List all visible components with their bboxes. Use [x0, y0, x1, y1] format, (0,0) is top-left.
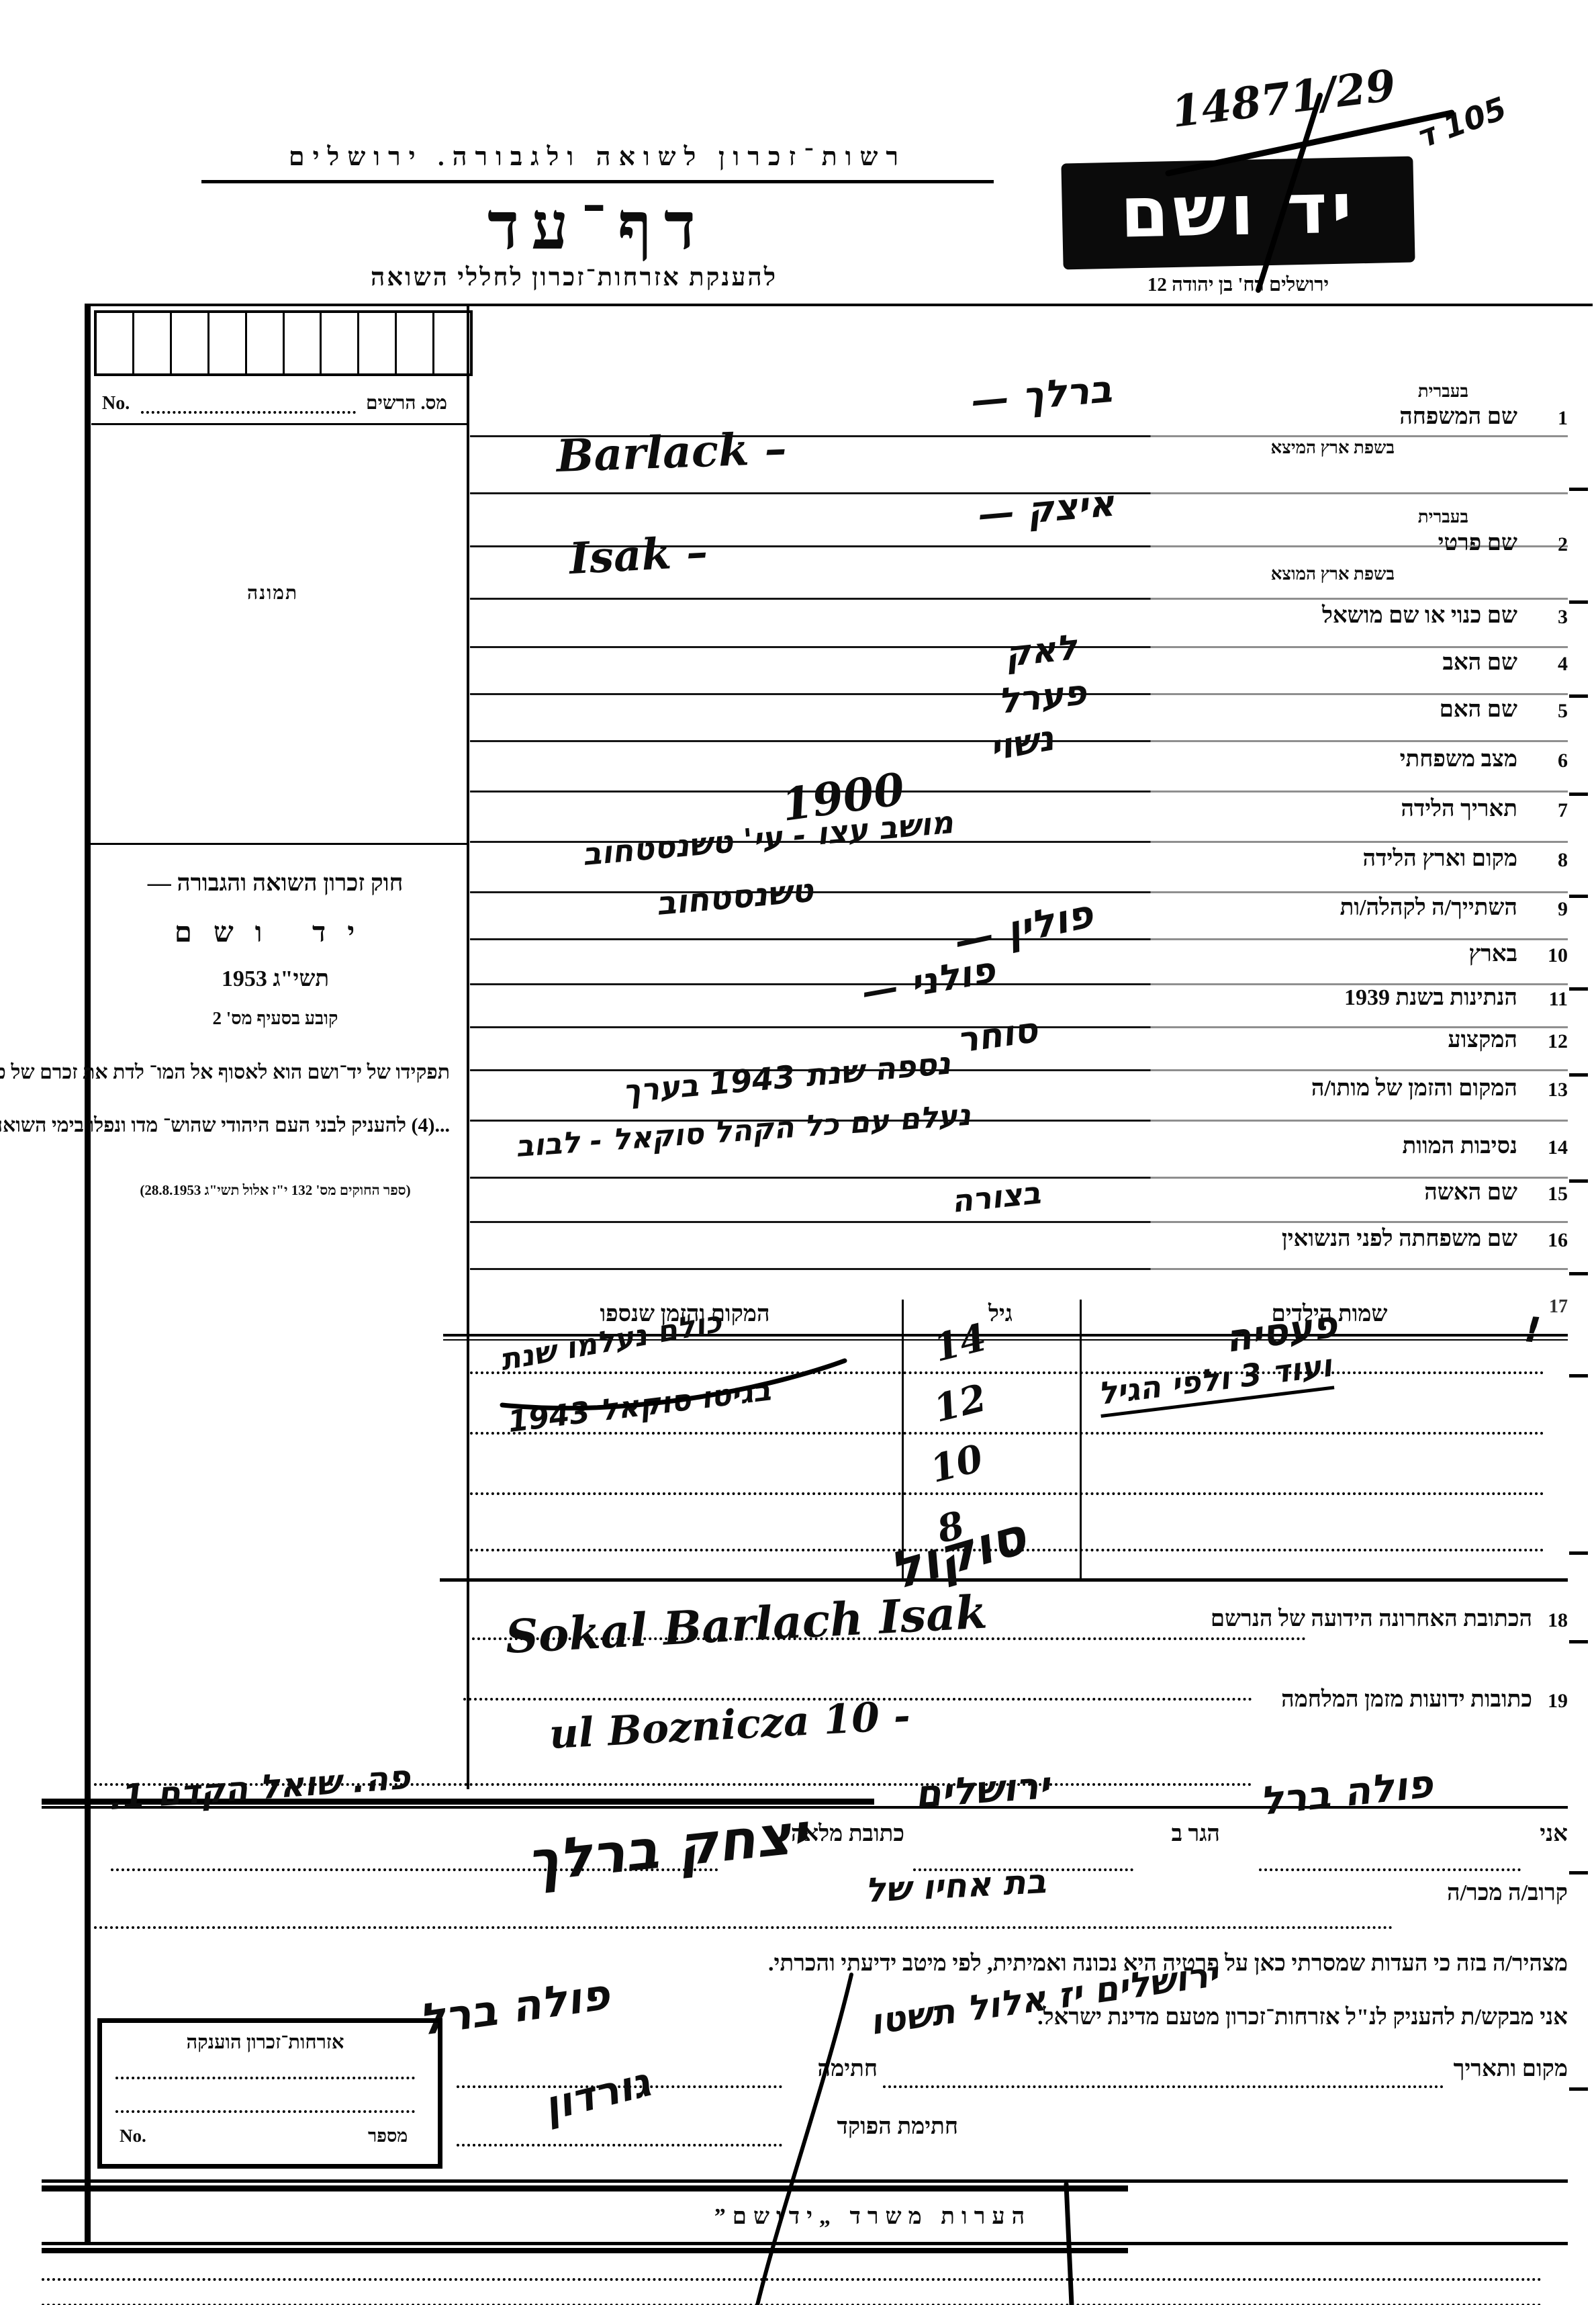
edge-tick [1569, 488, 1588, 491]
field-7-label: תאריך הלידה [1401, 797, 1517, 822]
resides-value: ירושלים [913, 1764, 1051, 1817]
law-paragraph-1: תפקידו של יד־ושם הוא לאסוף אל המו־ לדת א… [101, 1057, 450, 1087]
edge-tick [1569, 1179, 1588, 1183]
index-box [357, 313, 395, 373]
grant-box-number-label: מספר [368, 2126, 408, 2146]
field-2-sublabel-bottom: בשפת ארץ המוצא [1271, 564, 1395, 584]
field-6-number: 6 [1558, 750, 1568, 772]
field-10-label: בארץ [1468, 942, 1517, 967]
field-5-value: פערל [996, 673, 1088, 722]
field-8-value: מושב עצו - עי' טשנסטחוב [581, 804, 955, 872]
field-5-label: שם האם [1440, 697, 1517, 723]
field-2-value-hebrew: איצק — [977, 482, 1117, 536]
field-2-value-latin: Isak – [568, 527, 709, 584]
relation-label: קרוב/ה מכר/ה [1447, 1881, 1568, 1906]
org-name: רשות־זכרון לשואה ולגבורה. ירושלים [201, 142, 994, 183]
field-1-sublabel-top: בעברית [1418, 381, 1468, 402]
rule [470, 598, 1568, 600]
field-2-sublabel-top: בעברית [1418, 507, 1468, 527]
registry-number-label: מס. הרשים [366, 393, 447, 414]
form-subtitle: להענקת אזרחות־זכרון לחללי השואה [309, 263, 839, 292]
table-divider [1080, 1300, 1082, 1580]
footer-rule [42, 2242, 1568, 2245]
testimony-page: רשות־זכרון לשואה ולגבורה. ירושלים דף־עד … [0, 0, 1596, 2305]
field-19-label: כתובות ידועות מזמן המלחמה [1281, 1687, 1532, 1713]
signature-value: פולה ברל [416, 1970, 613, 2046]
rule [440, 1578, 1568, 1582]
field-18-number: 18 [1548, 1609, 1568, 1632]
blank-line [115, 2110, 415, 2113]
field-18-label: הכתובת האחרונה הידועה של הנרשם [1211, 1607, 1532, 1632]
index-box [283, 313, 320, 373]
photo-placeholder-label: תמונה [247, 583, 298, 604]
table-row-line [470, 1432, 1544, 1435]
blank-line [94, 1926, 1393, 1929]
field-6-label: מצב משפחתי [1400, 747, 1517, 772]
field-11-label: הנתינות בשנת 1939 [1344, 985, 1517, 1011]
field-17-number: 17 [1549, 1296, 1568, 1318]
stamp-address: ירושלים רח' בן יהודה 12 [1062, 274, 1414, 296]
rule [470, 790, 1568, 793]
field-11-number: 11 [1549, 988, 1568, 1011]
field-7-number: 7 [1558, 799, 1568, 822]
child-3-age: 10 [926, 1436, 988, 1492]
signature-label: חתימה [818, 2057, 878, 2082]
index-boxes [94, 310, 473, 376]
law-name: יד ושם [101, 917, 450, 949]
edge-tick [1569, 600, 1588, 604]
field-1-number: 1 [1558, 407, 1568, 430]
edge-tick [1569, 793, 1588, 796]
field-9-number: 9 [1558, 898, 1568, 921]
field-1-sublabel-bottom: בשפת ארץ המיצא [1271, 438, 1395, 458]
field-11-value: פולני — [859, 948, 998, 1013]
index-box [207, 313, 245, 373]
official-signature-label: חתימת הפוקד [837, 2114, 958, 2140]
field-14-label: נסיבות המוות [1403, 1134, 1517, 1159]
field-13-label: המקום והזמן של מותו/ה [1311, 1076, 1517, 1101]
field-8-number: 8 [1558, 849, 1568, 872]
yad-vashem-stamp: יד ושם [1061, 156, 1415, 270]
field-1-label: שם המשפחה [1399, 404, 1517, 430]
declarant-label: אני [1540, 1821, 1568, 1847]
office-notes-label: הערות משרד „ידושם” [470, 2204, 1276, 2230]
stray-mark: ! [1523, 1310, 1542, 1351]
rule [91, 423, 467, 425]
column-divider [467, 304, 469, 1789]
field-13-number: 13 [1548, 1079, 1568, 1101]
field-19-number: 19 [1548, 1690, 1568, 1713]
field-3-number: 3 [1558, 606, 1568, 629]
index-box [395, 313, 432, 373]
field-8-label: מקום וארץ הלידה [1363, 846, 1518, 872]
handwritten-file-number: 14871/29 [1169, 60, 1399, 138]
grant-box-no-label: No. [120, 2126, 146, 2146]
edge-tick [1569, 694, 1588, 698]
child-2-place: בגיטו סוקאל 1943 [506, 1373, 773, 1439]
index-box [432, 313, 470, 373]
form-title: דף־עד [430, 189, 765, 265]
rule [470, 1221, 1568, 1223]
field-12-label: המקצוע [1448, 1028, 1517, 1053]
child-2-age: 12 [929, 1375, 991, 1431]
index-box [132, 313, 170, 373]
table-row-line [470, 1492, 1544, 1495]
relation-name-value: יצחק ברלך [524, 1802, 810, 1895]
footer-rule [42, 2248, 1128, 2253]
law-section: קובע בסעיף מס' 2 [101, 1008, 450, 1029]
resides-label: הגר ב [1172, 1821, 1220, 1847]
field-1-value-latin: Barlack – [555, 422, 788, 482]
registry-number-blank [141, 411, 356, 414]
field-19-value-line2: ul Boznicza 10 - [548, 1692, 911, 1758]
law-heading: חוק זכרון השואה והגבורה — [101, 870, 450, 897]
edge-tick [1569, 1551, 1588, 1555]
field-4-label: שם האב [1442, 650, 1517, 676]
rule [470, 891, 1568, 893]
field-6-value: נשוי [987, 718, 1058, 769]
footer-rule [42, 2185, 1128, 2191]
field-14-value-line1: נעלם עם כל הקהל סוקאל - לבוב [514, 1098, 972, 1164]
field-12-value: סוחר [955, 1010, 1040, 1061]
relation-value: בת אחיו של [864, 1862, 1047, 1910]
blank-line [1259, 1868, 1521, 1871]
official-signature-value: גורדון [539, 2059, 655, 2130]
law-year: תשי"ג 1953 [101, 966, 450, 992]
edge-tick [1569, 2087, 1588, 2091]
edge-tick [1569, 895, 1588, 898]
handwritten-side-note: 105 ד [1411, 90, 1511, 156]
footer-blank-line [42, 2278, 1542, 2281]
field-4-value: לאק [1003, 627, 1079, 675]
field-16-number: 16 [1548, 1229, 1568, 1252]
left-border [85, 304, 91, 2243]
blank-line [115, 2077, 415, 2079]
field-13-value: נספה שנת 1943 בערך [621, 1045, 952, 1110]
edge-tick [1569, 987, 1588, 991]
index-box [97, 313, 132, 373]
law-citation: (ספר החוקים מס' 132 י"ז אלול תשי"ג 28.8.… [101, 1182, 450, 1199]
field-9-value: טשנסטחוב [655, 872, 814, 923]
no-label: No. [102, 393, 130, 414]
rule [470, 1069, 1568, 1071]
field-4-number: 4 [1558, 653, 1568, 676]
rule [87, 843, 468, 845]
edge-tick [1569, 1272, 1588, 1275]
grant-box-title: אזרחות־זכרון הוענקה [97, 2032, 433, 2054]
table-row-line [470, 1371, 1544, 1374]
edge-tick [1569, 1374, 1588, 1377]
index-box [245, 313, 283, 373]
field-19-value-line1: Sokal Barlach Isak [504, 1586, 988, 1664]
field-16-label: שם משפחתה לפני הנשואין [1282, 1226, 1517, 1252]
declarant-name-value: פולה ברל [1258, 1760, 1435, 1824]
child-2-name: ועוד 3 ולפי הגיל [1096, 1347, 1334, 1418]
index-box [170, 313, 207, 373]
edge-tick [1569, 1871, 1588, 1874]
rule [470, 1268, 1568, 1270]
field-3-label: שם כנוי או שם מושאל [1322, 603, 1517, 629]
field-14-value-line2: בצורה [949, 1174, 1042, 1220]
field-2-number: 2 [1558, 533, 1568, 556]
field-9-label: השתייך/ה לקהלה/ות [1340, 895, 1517, 921]
field-1-value-hebrew: ברלך — [970, 367, 1113, 423]
edge-tick [1569, 1640, 1588, 1643]
field-15-label: שם האשה [1424, 1180, 1517, 1206]
blank-line [883, 2085, 1444, 2088]
field-12-number: 12 [1548, 1030, 1568, 1053]
index-box [320, 313, 357, 373]
footer-rule [42, 2179, 1568, 2183]
field-14-number: 14 [1548, 1136, 1568, 1159]
field-2-label: שם פרטי [1438, 531, 1517, 556]
field-10-number: 10 [1548, 944, 1568, 967]
field-15-number: 15 [1548, 1183, 1568, 1206]
blank-line [457, 2144, 782, 2146]
top-rule [87, 304, 1593, 306]
field-5-number: 5 [1558, 700, 1568, 723]
place-date-label: מקום ותאריך [1454, 2057, 1568, 2082]
edge-tick [1569, 1073, 1588, 1077]
law-paragraph-2: ...(4) להעניק לבני העם היהודי שהוש־ מדו … [101, 1110, 450, 1140]
